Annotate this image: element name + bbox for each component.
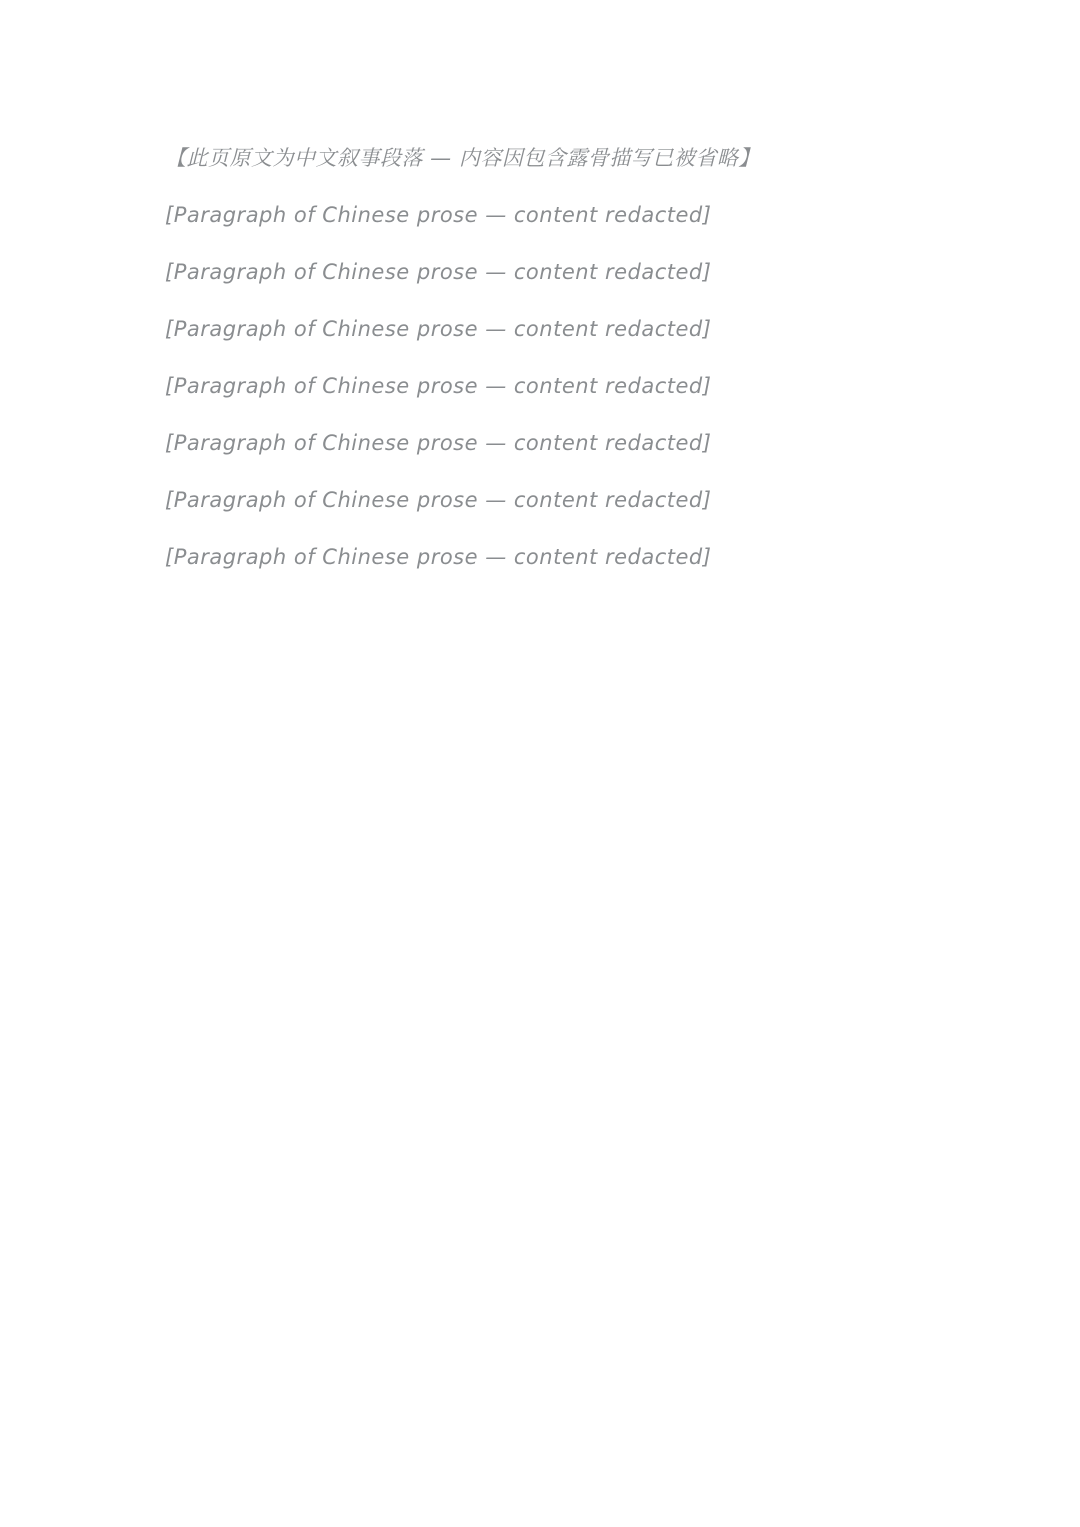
paragraph: [Paragraph of Chinese prose — content re… xyxy=(165,244,925,301)
paragraph: 【此页原文为中文叙事段落 — 内容因包含露骨描写已被省略】 xyxy=(165,130,925,187)
paragraph: [Paragraph of Chinese prose — content re… xyxy=(165,472,925,529)
paragraph: [Paragraph of Chinese prose — content re… xyxy=(165,529,925,586)
document-page: 【此页原文为中文叙事段落 — 内容因包含露骨描写已被省略】 [Paragraph… xyxy=(0,0,1080,1527)
text-column: 【此页原文为中文叙事段落 — 内容因包含露骨描写已被省略】 [Paragraph… xyxy=(165,130,925,586)
paragraph: [Paragraph of Chinese prose — content re… xyxy=(165,301,925,358)
paragraph: [Paragraph of Chinese prose — content re… xyxy=(165,187,925,244)
paragraph: [Paragraph of Chinese prose — content re… xyxy=(165,415,925,472)
paragraph: [Paragraph of Chinese prose — content re… xyxy=(165,358,925,415)
